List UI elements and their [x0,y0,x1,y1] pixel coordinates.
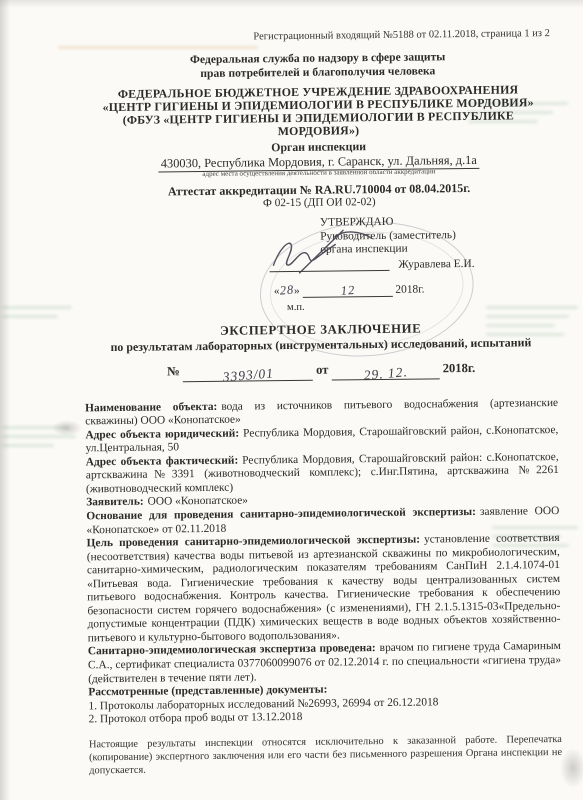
institution-name: ФЕДЕРАЛЬНОЕ БЮДЖЕТНОЕ УЧРЕЖДЕНИЕ ЗДРАВОО… [81,83,555,140]
signature-line [269,256,389,272]
quote-close: » [294,285,300,297]
institution-line-3: (ФБУЗ «ЦЕНТР ГИГИЕНЫ И ЭПИДЕМИОЛОГИИ В Р… [82,109,555,140]
approver-name: Журавлева Е.И. [398,258,474,271]
field-label: Адрес объекта юридический: [85,427,239,441]
field-value: ООО «Конопатское» [148,495,248,508]
field-label: Санитарно-эпидемиологическая экспертиза … [88,643,376,658]
body-paragraph: Цель проведения санитарно-эпидемиологиче… [87,532,561,646]
field-label: Наименование объекта: [85,400,217,413]
handwritten-number: 3393/01 [221,362,274,388]
scanned-document-page: Регистрационный входящий №5188 от 02.11.… [0,0,583,800]
doc-number-line: № 3393/01 от 29. 12. 2018г. [85,356,558,383]
body-paragraph: Адрес объекта фактический:Республика Мор… [86,451,559,497]
agency-name: Федеральная служба по надзору в сфере за… [81,49,554,81]
handwritten-day: 28 [279,282,295,298]
field-value: установление соответствия (несоответстви… [87,532,561,644]
date-year: 2018г. [395,283,424,295]
number-blank: 3393/01 [183,363,313,381]
handwritten-month: 12 [340,282,356,298]
field-label: Адрес объекта фактический: [86,454,239,468]
body-paragraph: Санитарно-эпидемиологическая экспертиза … [88,640,561,686]
document-body: Наименование объекта:вода из источников … [85,397,562,727]
handwritten-date: 29. 12. [363,361,409,387]
footer-note: Настоящие результаты инспекции относятся… [89,733,562,778]
date-blank: 29. 12. [331,362,439,380]
signature-row: Журавлева Е.И. [269,255,474,272]
year-label: 2018г. [443,361,476,375]
month-blank: 12 [302,282,392,297]
signature-icon [263,226,390,275]
number-sign: № [167,364,180,378]
registration-line: Регистрационный входящий №5188 от 02.11.… [81,27,554,45]
approval-date: «28» 12 2018г. [274,281,425,298]
approval-block: УТВЕРЖДАЮ Руководитель (заместитель) орг… [83,214,557,319]
ot-label: от [316,362,328,376]
field-label: Заявитель: [86,496,144,509]
seal-placeholder-label: м.п. [287,301,305,312]
documents-list: 1. Протоколы лабораторных исследований №… [88,695,561,727]
document-content: Регистрационный входящий №5188 от 02.11.… [0,0,583,779]
